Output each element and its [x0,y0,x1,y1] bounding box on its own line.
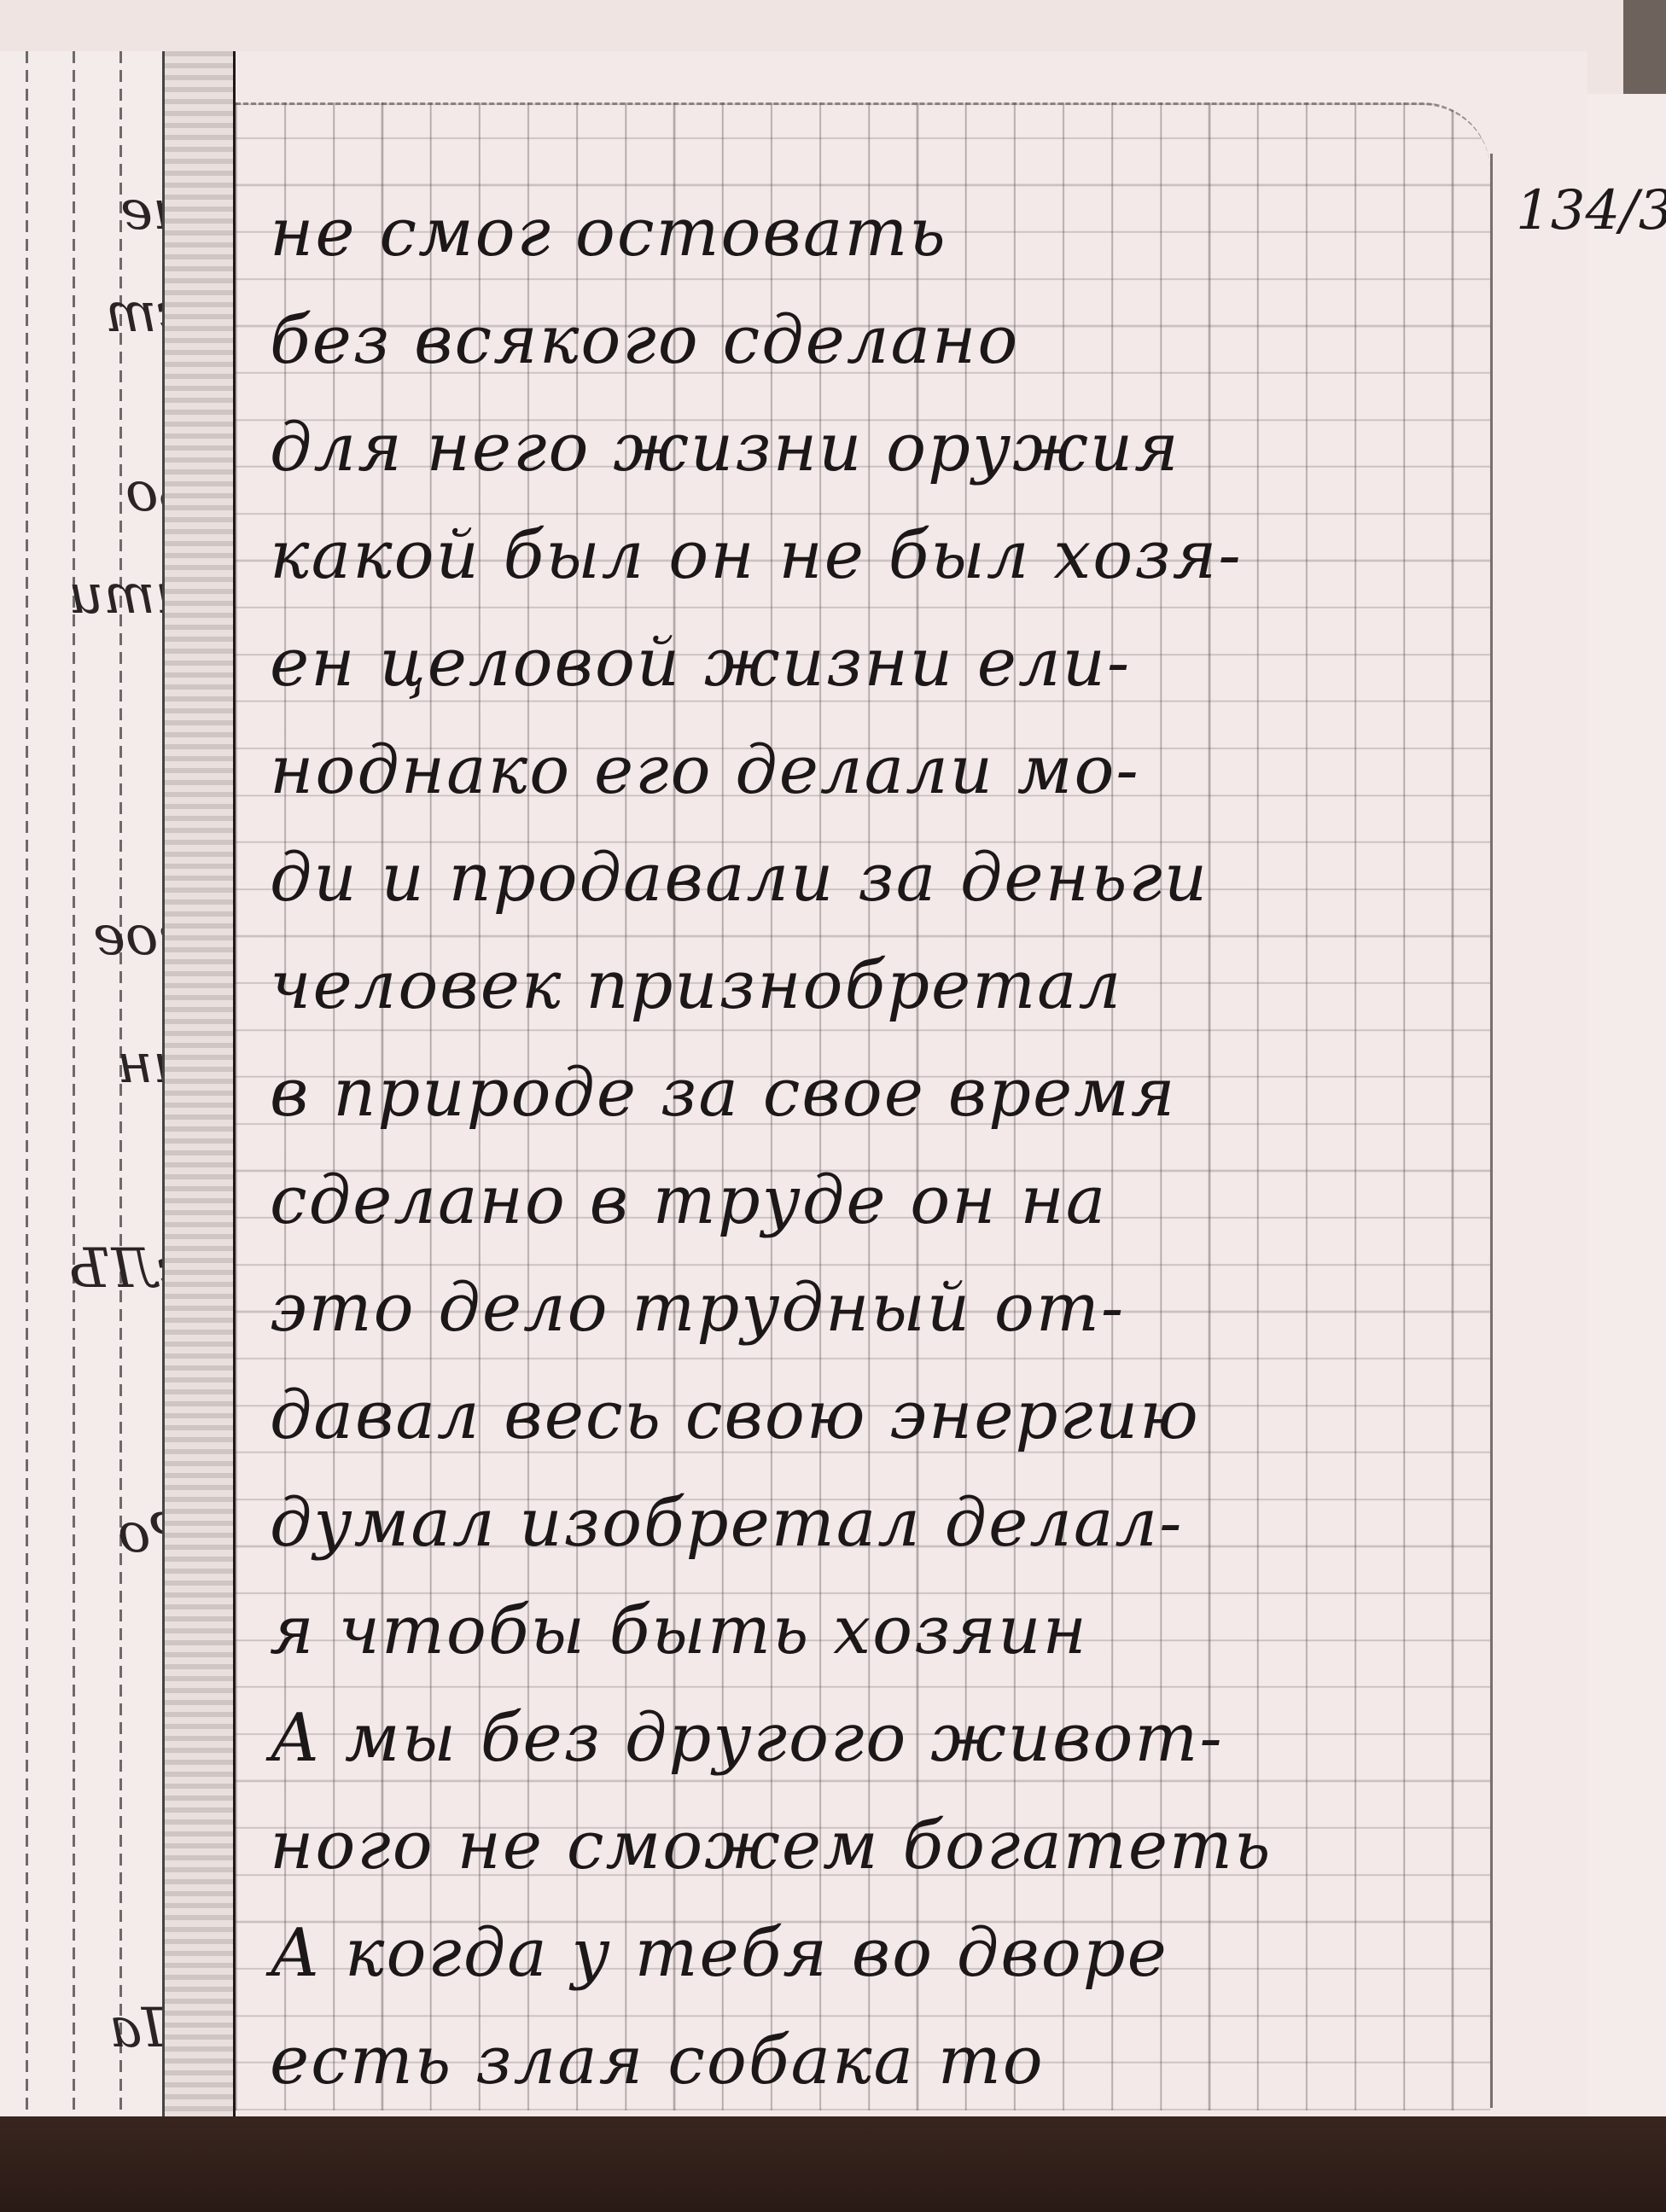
text-line: А мы без другого живот- [270,1685,1482,1792]
notebook-spine [162,51,238,2116]
text-line: есть злая собака то [270,2007,1482,2115]
text-line: думал изобретал делал- [270,1470,1482,1577]
text-line: А когда у тебя во дворе [270,1900,1482,2007]
text-line: в природе за свое время [270,1039,1482,1147]
text-line: без всякого сделано [270,287,1482,394]
grid-border [1490,154,1493,2108]
text-line: давал весь свою энергию [270,1362,1482,1470]
text-line: ди и продавали за деньги [270,824,1482,932]
right-page: 134/35 не смог остовать без всякого сдел… [236,51,1587,2116]
text-line: ного не сможем богатеть [270,1792,1482,1900]
text-line: ен целовой жизни ели- [270,609,1482,717]
grid-rule [73,51,75,2116]
text-line: это дело трудный от- [270,1254,1482,1362]
text-line: для него жизни оружия [270,394,1482,502]
text-line: я чтобы быть хозяин [270,1577,1482,1685]
text-line: какой был он не был хозя- [270,502,1482,609]
desk-surface [0,2112,1666,2212]
text-line: сделано в труде он на [270,1147,1482,1254]
background-object [1623,0,1666,94]
handwritten-text: не смог остовать без всякого сделано для… [270,179,1482,2115]
page-number: 134/35 [1516,179,1666,242]
grid-rule [26,51,28,2116]
text-line: ноднако его делали мо- [270,717,1482,824]
text-line: не смог остовать [270,179,1482,287]
text-line: человек признобретал [270,932,1482,1039]
underlying-sheet [1587,94,1666,2116]
